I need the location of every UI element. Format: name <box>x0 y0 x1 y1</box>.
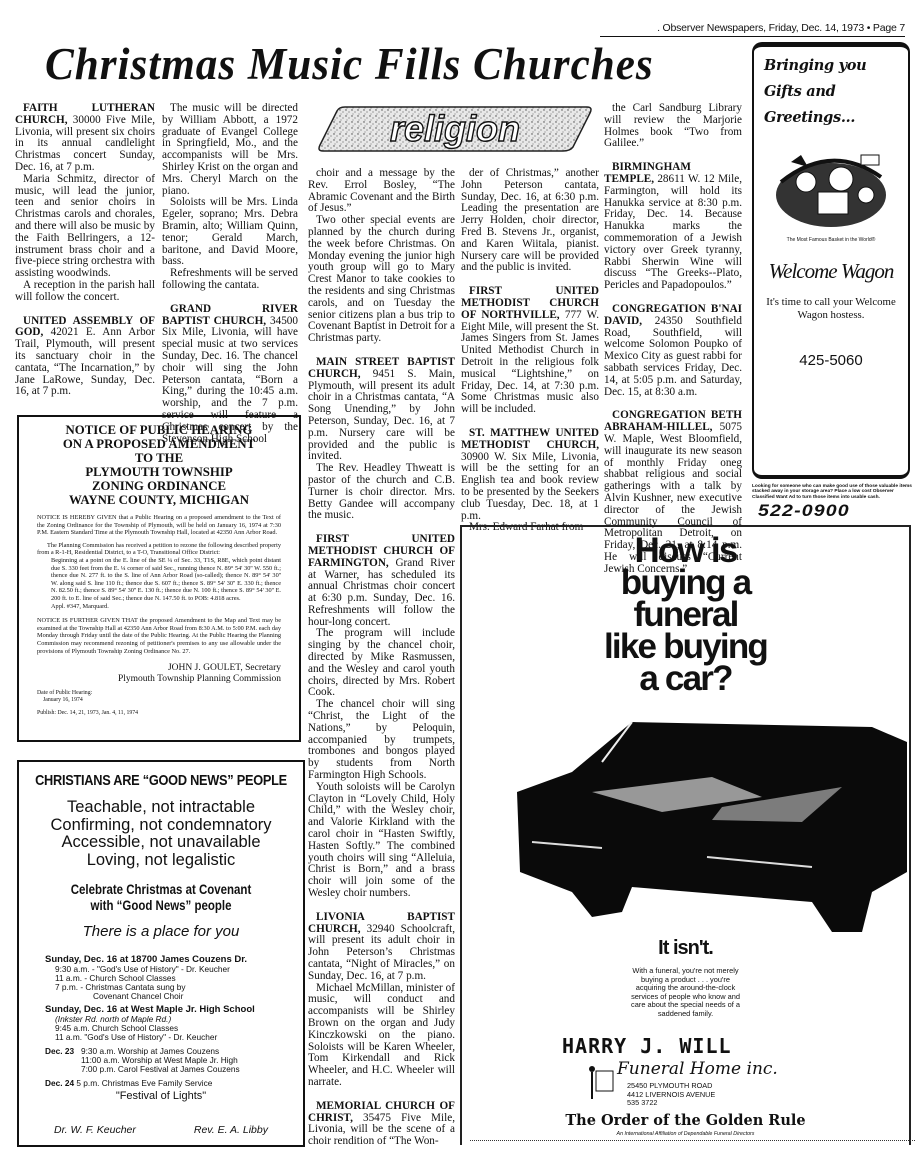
dec24-label: Dec. 24 <box>45 1078 74 1088</box>
divider <box>470 1140 915 1141</box>
script-line-3: Greetings... <box>760 105 902 131</box>
article-column-2: The music will be directed by William Ab… <box>162 103 298 445</box>
public-hearing-notice: NOTICE OF PUBLIC HEARING ON A PROPOSED A… <box>17 415 301 742</box>
notice-title-4: PLYMOUTH TOWNSHIP <box>37 465 281 479</box>
goodnews-title: CHRISTIANS ARE “GOOD NEWS” PEOPLE <box>34 772 289 789</box>
funeral-home-business: Funeral Home inc. <box>617 1059 778 1079</box>
notice-paragraph-3: NOTICE IS FURTHER GIVEN THAT the propose… <box>37 617 281 655</box>
article-text: The chancel choir will sing “Christ, the… <box>308 698 455 781</box>
goodnews-virtues: Teachable, not intractable Confirming, n… <box>25 799 297 869</box>
headline-line: a car? <box>462 663 909 695</box>
notice-signature: JOHN J. GOULET, Secretary Plymouth Towns… <box>37 663 281 684</box>
virtue-2: Confirming, not condemnatory <box>25 817 297 835</box>
virtue-4: Loving, not legalistic <box>25 852 297 870</box>
article-text: 28611 W. 12 Mile, Farmington, will hold … <box>604 173 742 291</box>
article-paragraph: CONGREGATION B'NAI DAVID, 24350 Southfie… <box>604 304 742 398</box>
article-paragraph: Michael McMillan, minister of music, wil… <box>308 983 455 1089</box>
article-paragraph: FIRST UNITED METHODIST CHURCH OF NORTHVI… <box>461 286 599 416</box>
schedule-item-cont: Covenant Chancel Choir <box>45 992 297 1001</box>
article-paragraph: Maria Schmitz, director of music, will l… <box>15 174 155 280</box>
article-paragraph: Refreshments will be served following th… <box>162 268 298 292</box>
gentleman-sign-icon <box>587 1065 615 1106</box>
article-text: choir and a message by the Rev. Errol Bo… <box>308 167 455 214</box>
notice-title-1: NOTICE OF PUBLIC HEARING <box>37 423 281 437</box>
article-paragraph: UNITED ASSEMBLY OF GOD, 42021 E. Ann Arb… <box>15 316 155 399</box>
notice-paragraph-1: NOTICE IS HEREBY GIVEN that a Public Hea… <box>37 514 281 537</box>
welcome-wagon-logo: Welcome Wagon <box>760 259 902 284</box>
schedule-dec24: Dec. 24 5 p.m. Christmas Eve Family Serv… <box>45 1079 297 1088</box>
page-folio: . Observer Newspapers, Friday, Dec. 14, … <box>600 22 905 37</box>
article-text: Soloists will be Mrs. Linda Egeler, sopr… <box>162 196 298 267</box>
article-paragraph: Two other special events are planned by … <box>308 215 455 345</box>
script-line-1: Bringing you <box>760 53 902 79</box>
goodnews-place: There is a place for you <box>25 923 297 940</box>
virtue-3: Accessible, not unavailable <box>25 834 297 852</box>
virtue-1: Teachable, not intractable <box>25 799 297 817</box>
article-text: The program will include singing by the … <box>308 627 455 698</box>
classified-phone: 522-0900 <box>758 501 850 521</box>
goodnews-celebrate: Celebrate Christmas at Covenant with “Go… <box>49 881 272 913</box>
notice-title-6: WAYNE COUNTY, MICHIGAN <box>37 493 281 507</box>
golden-rule-order: The Order of the Golden Rule <box>462 1112 909 1129</box>
church-name: ST. MATTHEW UNITED METHODIST CHURCH, <box>461 427 599 451</box>
article-text: Youth soloists will be Carolyn Clayton i… <box>308 781 455 899</box>
notice-title-5: ZONING ORDINANCE <box>37 479 281 493</box>
funeral-home-ad: How is buying a funeral like buying a ca… <box>460 525 911 1145</box>
covenant-church-ad: CHRISTIANS ARE “GOOD NEWS” PEOPLE Teacha… <box>17 760 305 1147</box>
funeral-answer: It isn't. <box>462 937 909 960</box>
funeral-body: With a funeral, you're not merely buying… <box>462 967 909 1018</box>
welcome-wagon-ad: Bringing you Gifts and Greetings... The … <box>752 42 910 479</box>
article-text: The Rev. Headley Thweatt is pastor of th… <box>308 462 455 521</box>
schedule-item: 7:00 p.m. Carol Festival at James Couzen… <box>81 1065 240 1074</box>
page-headline: Christmas Music Fills Churches <box>45 38 654 90</box>
schedule-item: 11 a.m. "God's Use of History" - Dr. Keu… <box>45 1033 297 1042</box>
schedule-dec23: Dec. 23 9:30 a.m. Worship at James Couze… <box>45 1047 297 1074</box>
article-paragraph: MAIN STREET BAPTIST CHURCH, 9451 S. Main… <box>308 357 455 463</box>
gift-basket-illustration-icon <box>760 137 902 237</box>
religion-section-logo: religion <box>315 103 595 153</box>
article-column-1: FAITH LUTHERAN CHURCH, 30000 Five Mile, … <box>15 103 155 398</box>
article-column-3: choir and a message by the Rev. Errol Bo… <box>308 168 455 1148</box>
festival-of-lights: "Festival of Lights" <box>25 1090 297 1102</box>
funeral-affiliation: An International Affiliation of Dependab… <box>462 1131 909 1137</box>
article-text: 9451 S. Main, Plymouth, will present its… <box>308 368 455 463</box>
funeral-home-name: HARRY J. WILL <box>562 1034 732 1058</box>
dec24-item: 5 p.m. Christmas Eve Family Service <box>76 1078 212 1088</box>
basket-caption: The Most Famous Basket in the World® <box>760 237 902 243</box>
article-text: Refreshments will be served following th… <box>162 267 298 291</box>
article-text: A reception in the parish hall will foll… <box>15 279 155 303</box>
notice-title-3: TO THE <box>37 451 281 465</box>
article-text: 30900 W. Six Mile, Livonia, will be the … <box>461 451 599 522</box>
article-paragraph: LIVONIA BAPTIST CHURCH, 32940 Schoolcraf… <box>308 912 455 983</box>
article-paragraph: FIRST UNITED METHODIST CHURCH OF FARMING… <box>308 534 455 628</box>
welcome-wagon-tagline: It's time to call your Welcome Wagon hos… <box>760 296 902 322</box>
notice-application: Appl. #347, Marquard. <box>37 603 281 611</box>
script-line-2: Gifts and <box>760 79 902 105</box>
notice-hearing-date: Date of Public Hearing: January 16, 1974 <box>37 690 281 704</box>
pastor-2: Rev. E. A. Libby <box>194 1124 268 1136</box>
notice-signer: JOHN J. GOULET, Secretary <box>37 663 281 674</box>
pastor-1: Dr. W. F. Keucher <box>54 1124 136 1136</box>
notice-title-2: ON A PROPOSED AMENDMENT <box>37 437 281 451</box>
article-text: 24350 Southfield Road, Southfield, will … <box>604 315 742 398</box>
article-paragraph: the Carl Sandburg Library will review th… <box>604 103 742 150</box>
article-paragraph: A reception in the parish hall will foll… <box>15 280 155 304</box>
funeral-home-address: 25450 PLYMOUTH ROAD 4412 LIVERNOIS AVENU… <box>627 1082 715 1108</box>
phone-line: 535 3722 <box>627 1099 715 1108</box>
article-paragraph: The program will include singing by the … <box>308 628 455 699</box>
article-paragraph: FAITH LUTHERAN CHURCH, 30000 Five Mile, … <box>15 103 155 174</box>
celebrate-line-2: with “Good News” people <box>49 897 272 913</box>
article-text: Maria Schmitz, director of music, will l… <box>15 173 155 279</box>
celebrate-line-1: Celebrate Christmas at Covenant <box>49 881 272 897</box>
article-paragraph: choir and a message by the Rev. Errol Bo… <box>308 168 455 215</box>
notice-paragraph-2: The Planning Commission has received a p… <box>37 542 281 557</box>
hearing-date-value: January 16, 1974 <box>37 697 281 704</box>
notice-legal-description: Beginning at a point on the E. line of t… <box>37 557 281 603</box>
classified-promo-text: Looking for someone who can make good us… <box>752 484 912 500</box>
hearing-date-label: Date of Public Hearing: <box>37 690 281 697</box>
goodnews-schedule: Sunday, Dec. 16 at 18700 James Couzens D… <box>25 954 297 1088</box>
dec23-label: Dec. 23 <box>45 1047 81 1074</box>
article-text: the Carl Sandburg Library will review th… <box>604 102 742 149</box>
funeral-headline: How is buying a funeral like buying a ca… <box>462 535 909 695</box>
dec23-items: 9:30 a.m. Worship at James Couzens 11:00… <box>81 1047 240 1074</box>
article-text: The music will be directed by William Ab… <box>162 102 298 197</box>
article-paragraph: MEMORIAL CHURCH OF CHRIST, 35475 Five Mi… <box>308 1101 455 1148</box>
article-paragraph: The chancel choir will sing “Christ, the… <box>308 699 455 782</box>
body-line: saddened family. <box>462 1010 909 1019</box>
notice-signer-org: Plymouth Township Planning Commission <box>37 674 281 685</box>
article-paragraph: der of Christmas,” another John Peterson… <box>461 168 599 274</box>
notice-publish-dates: Publish: Dec. 14, 21, 1973, Jan. 4, 11, … <box>37 710 281 717</box>
article-text: 777 W. Eight Mile, will present the St. … <box>461 309 599 415</box>
article-column-4: der of Christmas,” another John Peterson… <box>461 168 599 534</box>
article-paragraph: Youth soloists will be Carolyn Clayton i… <box>308 782 455 900</box>
pastor-signatures: Dr. W. F. Keucher Rev. E. A. Libby <box>25 1124 297 1136</box>
article-paragraph: BIRMINGHAM TEMPLE, 28611 W. 12 Mile, Far… <box>604 162 742 292</box>
car-illustration-icon <box>512 702 912 942</box>
article-text: der of Christmas,” another John Peterson… <box>461 167 599 273</box>
article-paragraph: ST. MATTHEW UNITED METHODIST CHURCH, 309… <box>461 428 599 522</box>
article-text: Two other special events are planned by … <box>308 214 455 344</box>
welcome-wagon-phone: 425-5060 <box>760 352 902 369</box>
article-column-5: the Carl Sandburg Library will review th… <box>604 103 742 575</box>
article-paragraph: Soloists will be Mrs. Linda Egeler, sopr… <box>162 197 298 268</box>
article-paragraph: The Rev. Headley Thweatt is pastor of th… <box>308 463 455 522</box>
article-text: Michael McMillan, minister of music, wil… <box>308 982 455 1088</box>
article-paragraph: The music will be directed by William Ab… <box>162 103 298 197</box>
religion-logo-text: religion <box>390 108 520 149</box>
